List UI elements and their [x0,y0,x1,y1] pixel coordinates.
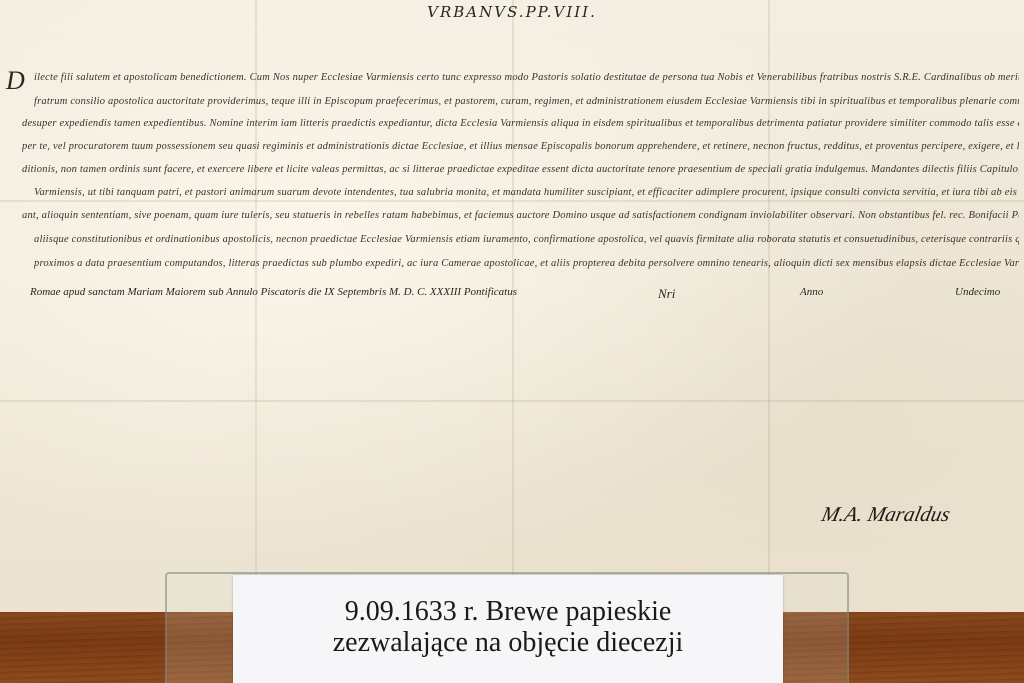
script-line: ilecte fili salutem et apostolicam bened… [34,72,1019,83]
signature: M.A. Maraldus [819,502,952,527]
script-line: Varmiensis, ut tibi tanquam patri, et pa… [34,187,1019,198]
fold-crease [768,0,770,620]
script-line: ant, alioquin sententiam, sive poenam, q… [22,210,1019,221]
illuminated-initial: D [6,66,25,96]
exhibit-label-line-1: 9.09.1633 r. Brewe papieskie [233,596,783,627]
fold-crease [512,0,514,620]
fold-crease [255,0,257,620]
dating-anno: Anno [800,286,823,298]
dating-nri: Nri [658,286,675,302]
exhibit-label-line-2: zezwalające na objęcie diecezji [233,627,783,658]
script-line: ditionis, non tamen ordinis sunt facere,… [22,164,1019,175]
document-heading: VRBANVS.PP.VIII. [0,3,1024,21]
dating-clause: Romae apud sanctam Mariam Maiorem sub An… [30,286,517,298]
parchment-document: VRBANVS.PP.VIII. D ilecte fili salutem e… [0,0,1024,620]
fold-crease [0,200,1024,202]
dating-undecimo: Undecimo [955,286,1000,298]
fold-crease [0,400,1024,402]
exhibit-label-card: 9.09.1633 r. Brewe papieskie zezwalające… [233,575,783,683]
script-line: per te, vel procuratorem tuum possession… [22,141,1019,152]
script-line: desuper expediendis tamen expedientibus.… [22,118,1019,129]
script-line: aliisque constitutionibus et ordinationi… [34,234,1019,245]
script-line: fratrum consilio apostolica auctoritate … [34,96,1019,107]
script-line: proximos a data praesentium computandos,… [34,258,1019,269]
